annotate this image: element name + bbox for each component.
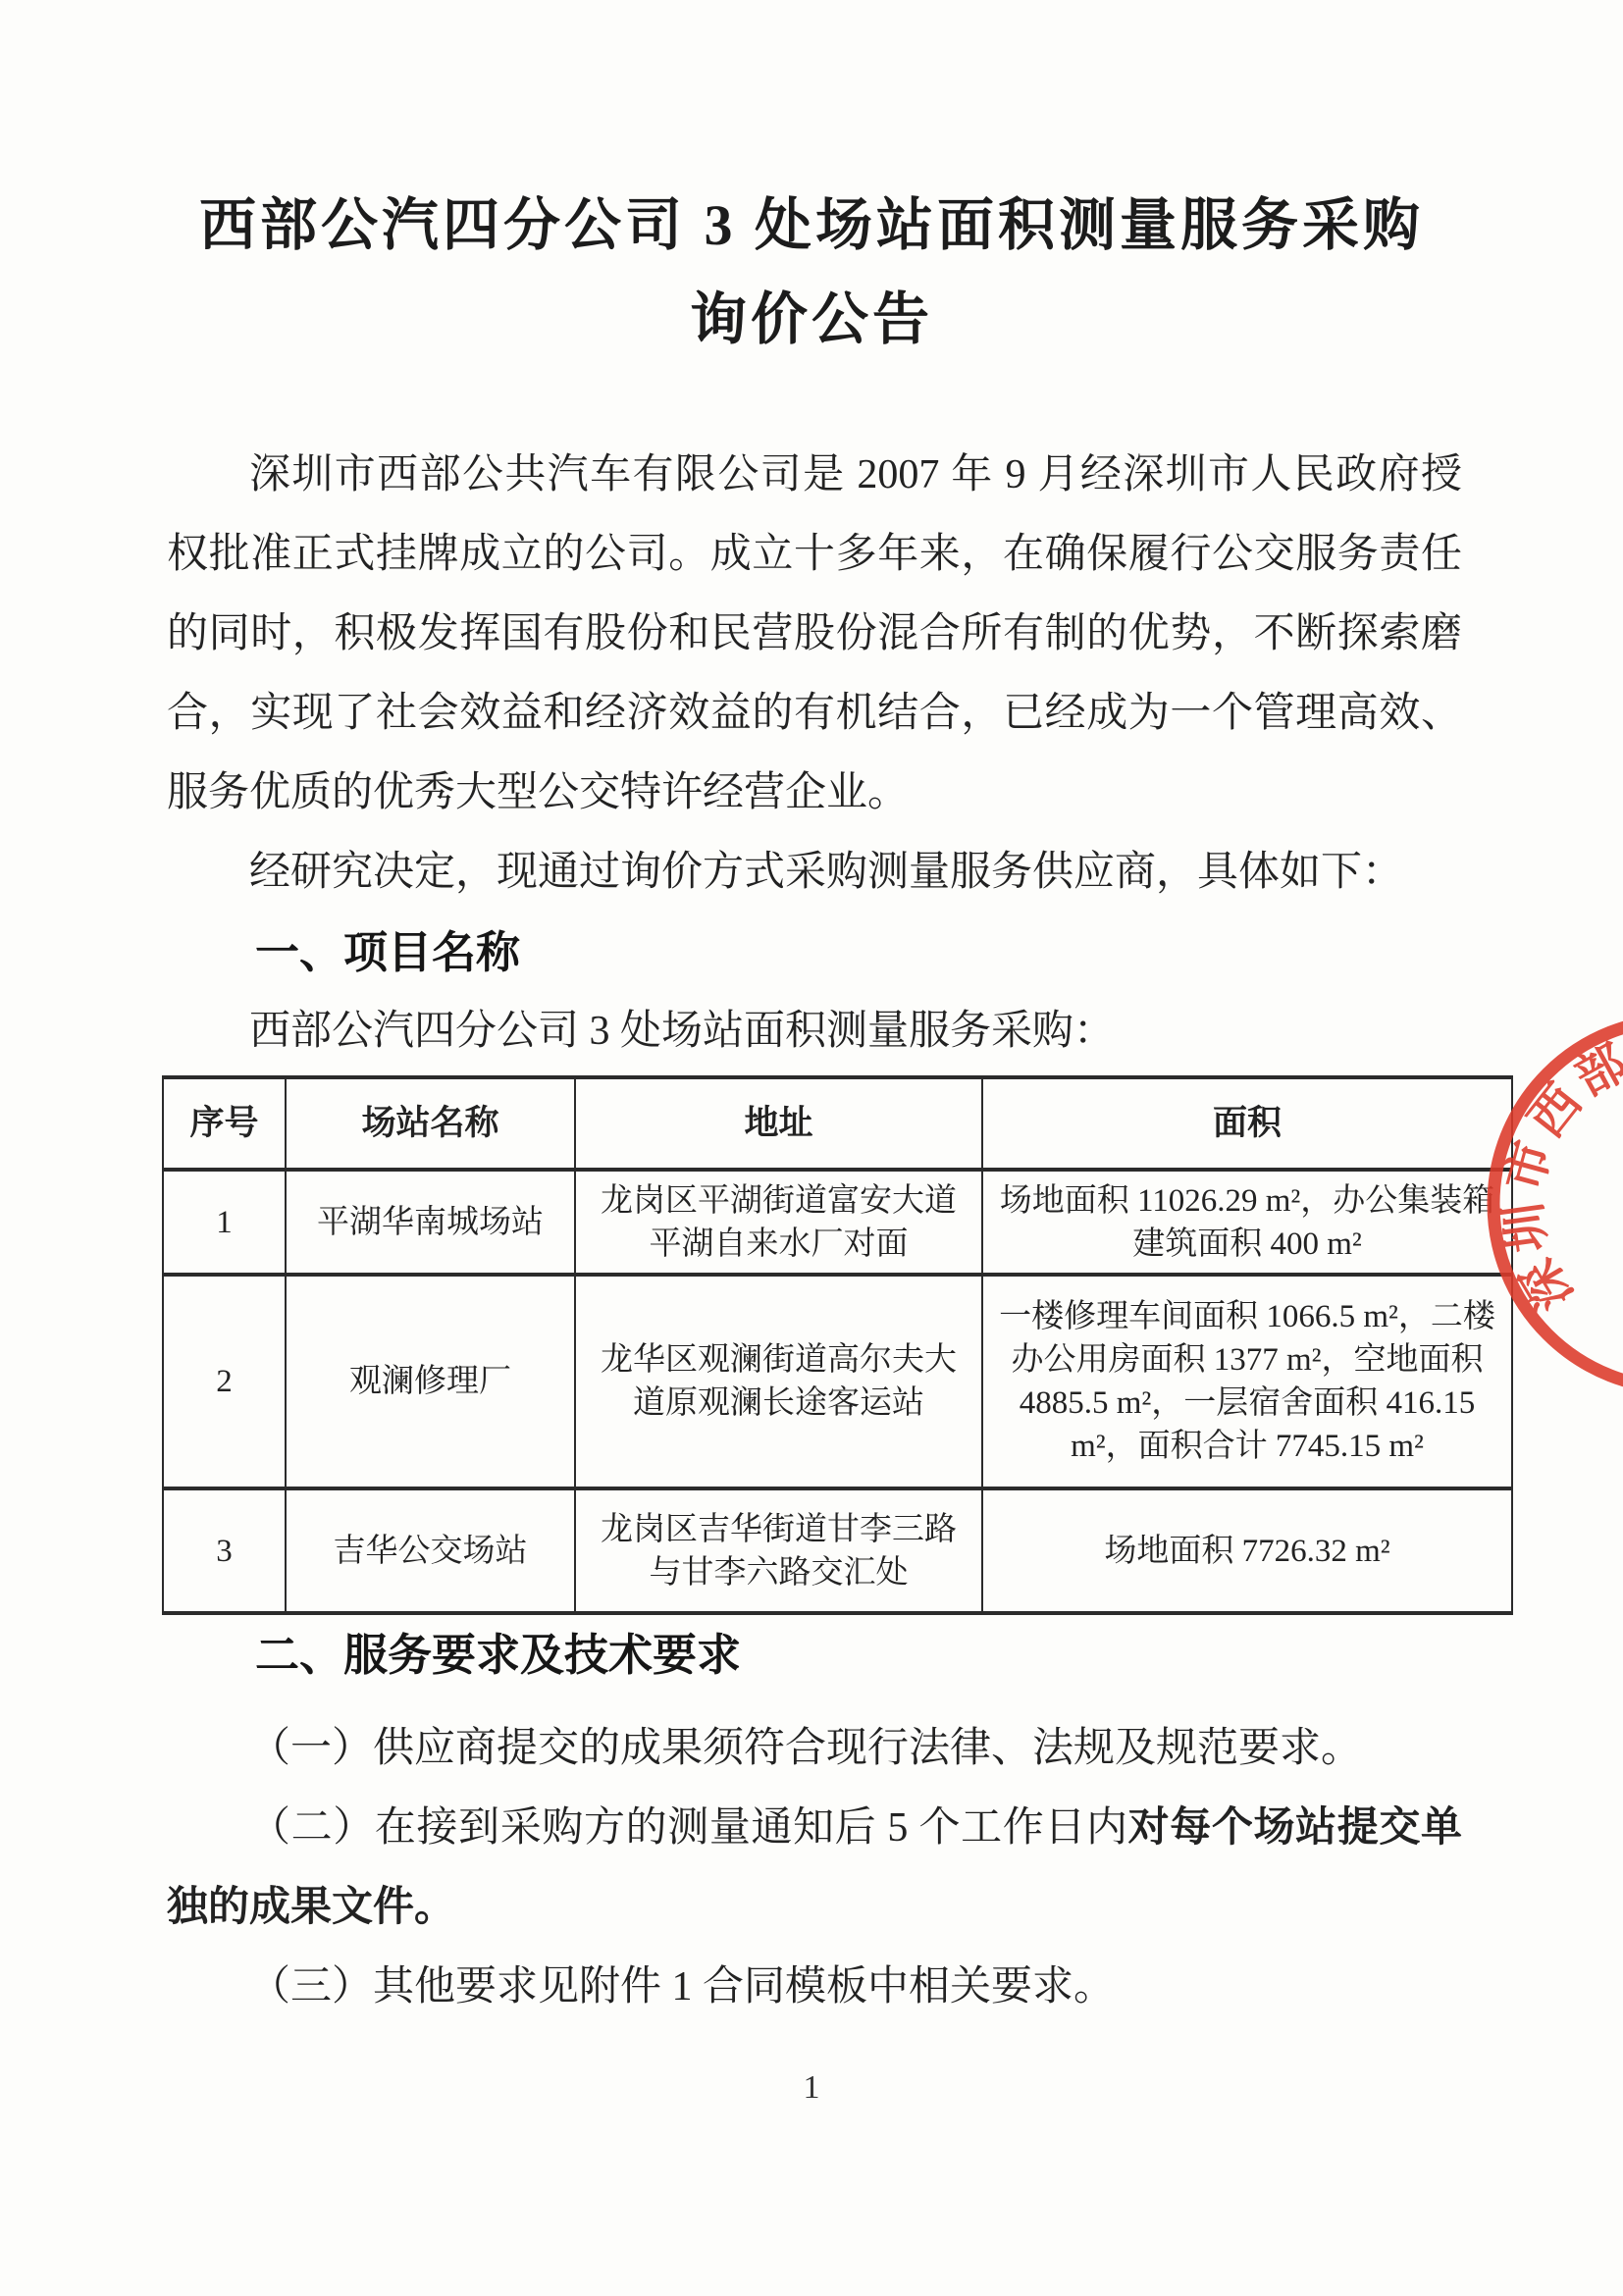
cell-no: 2 [163,1275,286,1488]
col-header-name: 场站名称 [286,1077,575,1170]
cell-area: 一楼修理车间面积 1066.5 m²，二楼办公用房面积 1377 m²，空地面积… [982,1275,1512,1488]
table-row: 3 吉华公交场站 龙岗区吉华街道甘李三路与甘李六路交汇处 场地面积 7726.3… [163,1488,1512,1613]
requirement-item-3: （三）其他要求见附件 1 合同模板中相关要求。 [167,1948,1462,2027]
document-body: 深圳市西部公共汽车有限公司是 2007 年 9 月经深圳市人民政府授权批准正式挂… [167,436,1462,2027]
requirement-item-2: （二）在接到采购方的测量通知后 5 个工作日内对每个场站提交单独的成果文件。 [167,1789,1462,1948]
table-header-row: 序号 场站名称 地址 面积 [163,1077,1512,1170]
cell-area: 场地面积 7726.32 m² [982,1488,1512,1613]
station-table: 序号 场站名称 地址 面积 1 平湖华南城场站 龙岗区平湖街道富安大道平湖自来水… [162,1075,1513,1615]
cell-area: 场地面积 11026.29 m²，办公集装箱建筑面积 400 m² [982,1170,1512,1275]
cell-name: 吉华公交场站 [286,1488,575,1613]
section2-heading: 二、服务要求及技术要求 [167,1615,1462,1695]
col-header-area: 面积 [982,1077,1512,1170]
cell-name: 观澜修理厂 [286,1275,575,1488]
col-header-address: 地址 [575,1077,982,1170]
section1-heading: 一、项目名称 [167,913,1462,992]
document-title-line2: 询价公告 [93,273,1530,367]
cell-address: 龙华区观澜街道高尔夫大道原观澜长途客运站 [575,1275,982,1488]
cell-no: 1 [163,1170,286,1275]
table-row: 1 平湖华南城场站 龙岗区平湖街道富安大道平湖自来水厂对面 场地面积 11026… [163,1170,1512,1275]
section1-intro: 西部公汽四分公司 3 处场站面积测量服务采购： [167,992,1462,1071]
document-title: 西部公汽四分公司 3 处场站面积测量服务采购 询价公告 [93,179,1530,367]
cell-address: 龙岗区吉华街道甘李三路与甘李六路交汇处 [575,1488,982,1613]
intro-paragraph-2: 经研究决定，现通过询价方式采购测量服务供应商，具体如下： [167,833,1462,913]
col-header-no: 序号 [163,1077,286,1170]
cell-name: 平湖华南城场站 [286,1170,575,1275]
requirement-item-2-normal: （二）在接到采购方的测量通知后 5 个工作日内 [249,1805,1128,1851]
document-page: 西部公汽四分公司 3 处场站面积测量服务采购 询价公告 深圳市西部公共汽车有限公… [0,0,1623,2296]
table-row: 2 观澜修理厂 龙华区观澜街道高尔夫大道原观澜长途客运站 一楼修理车间面积 10… [163,1275,1512,1488]
document-title-line1: 西部公汽四分公司 3 处场站面积测量服务采购 [93,179,1530,273]
cell-address: 龙岗区平湖街道富安大道平湖自来水厂对面 [575,1170,982,1275]
page-number: 1 [0,2066,1623,2110]
intro-paragraph-1: 深圳市西部公共汽车有限公司是 2007 年 9 月经深圳市人民政府授权批准正式挂… [167,436,1462,833]
requirement-item-1: （一）供应商提交的成果须符合现行法律、法规及规范要求。 [167,1709,1462,1789]
cell-no: 3 [163,1488,286,1613]
seal-text: 深圳市西部公共汽车有限公司 [1494,1020,1623,1380]
